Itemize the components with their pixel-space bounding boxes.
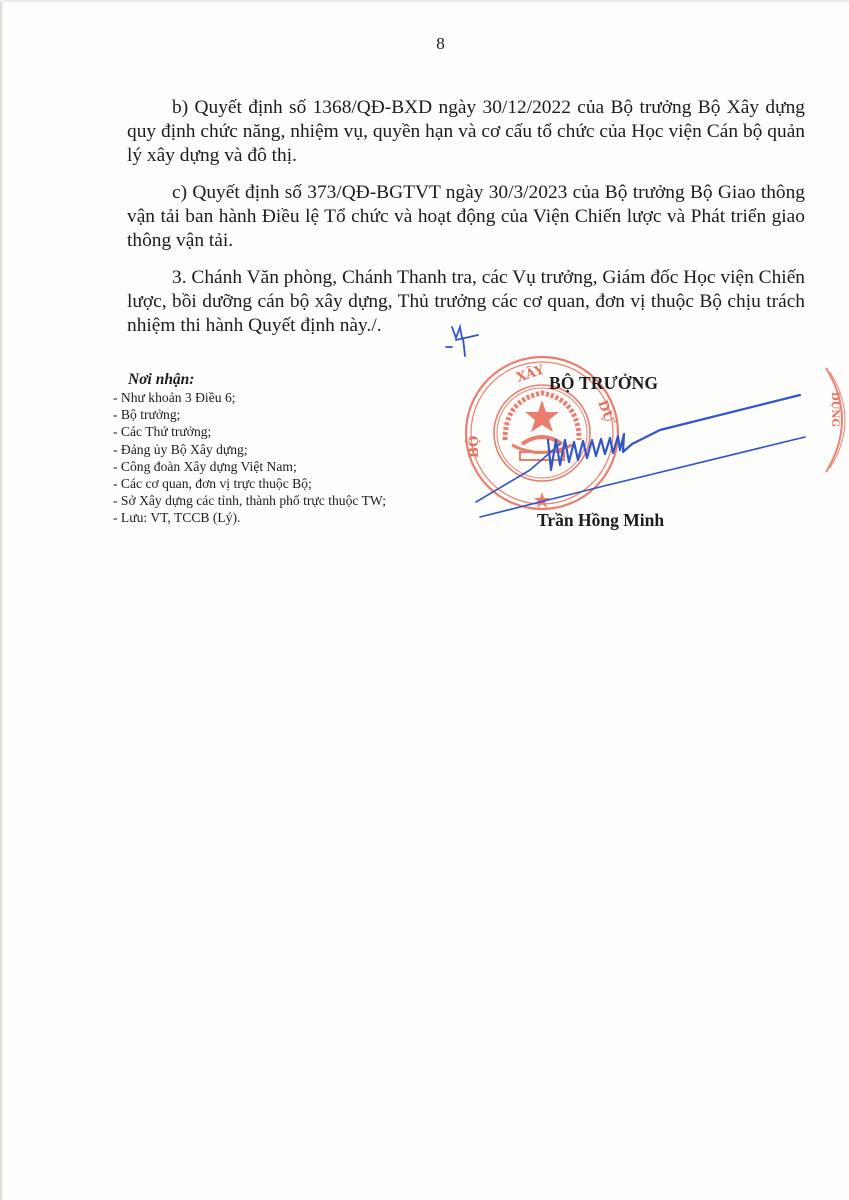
recipients-list: - Như khoản 3 Điều 6; - Bộ trưởng; - Các…	[113, 389, 386, 527]
recipient-item: - Lưu: VT, TCCB (Lý).	[113, 509, 386, 526]
recipient-item: - Đảng ủy Bộ Xây dựng;	[113, 441, 386, 458]
signer-title: BỘ TRƯỞNG	[549, 373, 658, 394]
scan-top-edge	[0, 0, 849, 2]
recipients-title: Nơi nhận:	[128, 371, 386, 389]
scan-edge	[0, 0, 3, 1200]
seal-and-signature-graphics: XÂY BỘ DỰ DỰNG	[0, 0, 849, 1200]
paragraph-3-text: 3. Chánh Văn phòng, Chánh Thanh tra, các…	[127, 266, 805, 338]
paragraph-3: 3. Chánh Văn phòng, Chánh Thanh tra, các…	[127, 266, 805, 338]
page-number: 8	[0, 34, 849, 54]
paragraph-b-text: b) Quyết định số 1368/QĐ-BXD ngày 30/12/…	[127, 96, 805, 168]
seal-text-right: DỰ	[594, 398, 617, 427]
recipient-item: - Các cơ quan, đơn vị trực thuộc Bộ;	[113, 475, 386, 492]
partial-seal-text: DỰNG	[829, 392, 841, 427]
recipient-item: - Sở Xây dựng các tỉnh, thành phố trực t…	[113, 492, 386, 509]
recipient-item: - Như khoản 3 Điều 6;	[113, 389, 386, 406]
recipients-block: Nơi nhận: - Như khoản 3 Điều 6; - Bộ trư…	[113, 371, 386, 527]
seal-text-top: XÂY	[514, 362, 547, 386]
paragraph-b: b) Quyết định số 1368/QĐ-BXD ngày 30/12/…	[127, 96, 805, 168]
partial-seal-icon	[826, 368, 845, 472]
paragraph-c-text: c) Quyết định số 373/QĐ-BGTVT ngày 30/3/…	[127, 181, 805, 253]
recipient-item: - Các Thứ trưởng;	[113, 423, 386, 440]
handwritten-signature-icon	[476, 395, 805, 517]
recipient-item: - Công đoàn Xây dựng Việt Nam;	[113, 458, 386, 475]
seal-text-left: BỘ	[465, 436, 482, 458]
recipient-item: - Bộ trưởng;	[113, 406, 386, 423]
signer-name: Trần Hồng Minh	[537, 510, 664, 531]
paragraph-c: c) Quyết định số 373/QĐ-BGTVT ngày 30/3/…	[127, 181, 805, 253]
